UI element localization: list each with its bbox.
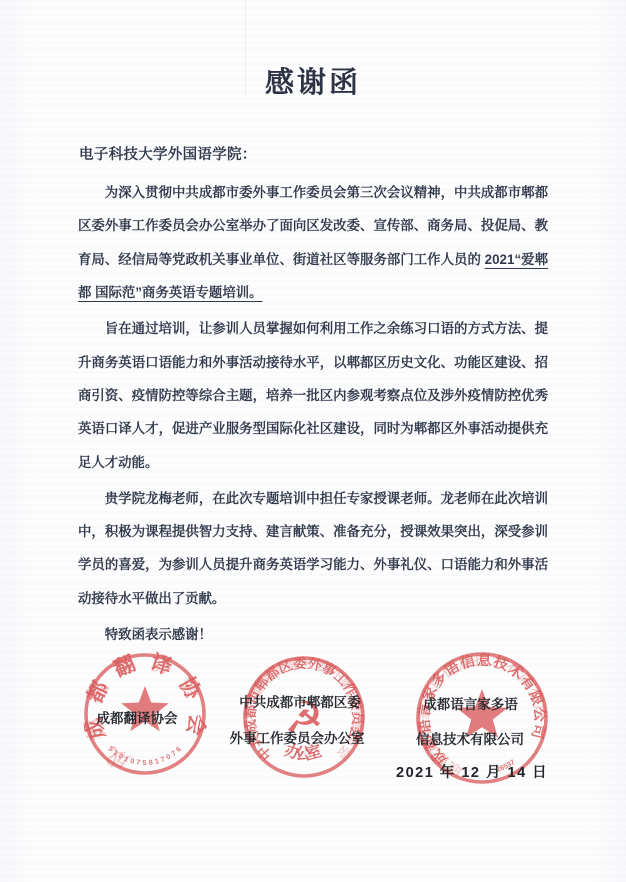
letter-body: 为深入贯彻中共成都市委外事工作委员会第三次会议精神，中共成都市郫都区委外事工作委…: [78, 176, 548, 654]
company-name-line1: 成都语言家多语: [422, 698, 519, 712]
party-office-name-line2: 外事工作委员会办公室: [226, 732, 368, 746]
translation-association-name: 成都翻译协会: [95, 712, 179, 726]
closing-line: 特致函表示感谢！: [78, 618, 548, 651]
salutation-line: 电子科技大学外国语学院：: [79, 143, 257, 164]
letter-date: 2021 年 12 月 14 日: [396, 761, 548, 782]
party-office-seal-icon: 中共成都市郫都区委外事工作委员会 中共成都市郫都区委外事工作委员会 办公室 ☭: [240, 653, 368, 781]
party-office-name-line1: 中共成都市郫都区委: [230, 696, 370, 710]
paragraph-2: 旨在通过培训，让参训人员掌握如何利用工作之余练习口语的方式方法、提升商务英语口语…: [78, 312, 548, 479]
paragraph-1: 为深入贯彻中共成都市委外事工作委员会第三次会议精神，中共成都市郫都区委外事工作委…: [78, 176, 548, 310]
paragraph-1-text: 为深入贯彻中共成都市委外事工作委员会第三次会议精神，中共成都市郫都区委外事工作委…: [78, 185, 548, 267]
paragraph-3: 贵学院龙梅老师，在此次专题培训中担任专家授课老师。龙老师在此次培训中，积极为课程…: [78, 482, 548, 616]
letter-title: 感谢函: [0, 67, 626, 100]
company-name-line2: 信息技术有限公司: [416, 733, 521, 747]
thank-you-letter-page: 感谢函 电子科技大学外国语学院： 为深入贯彻中共成都市委外事工作委员会第三次会议…: [0, 0, 626, 882]
